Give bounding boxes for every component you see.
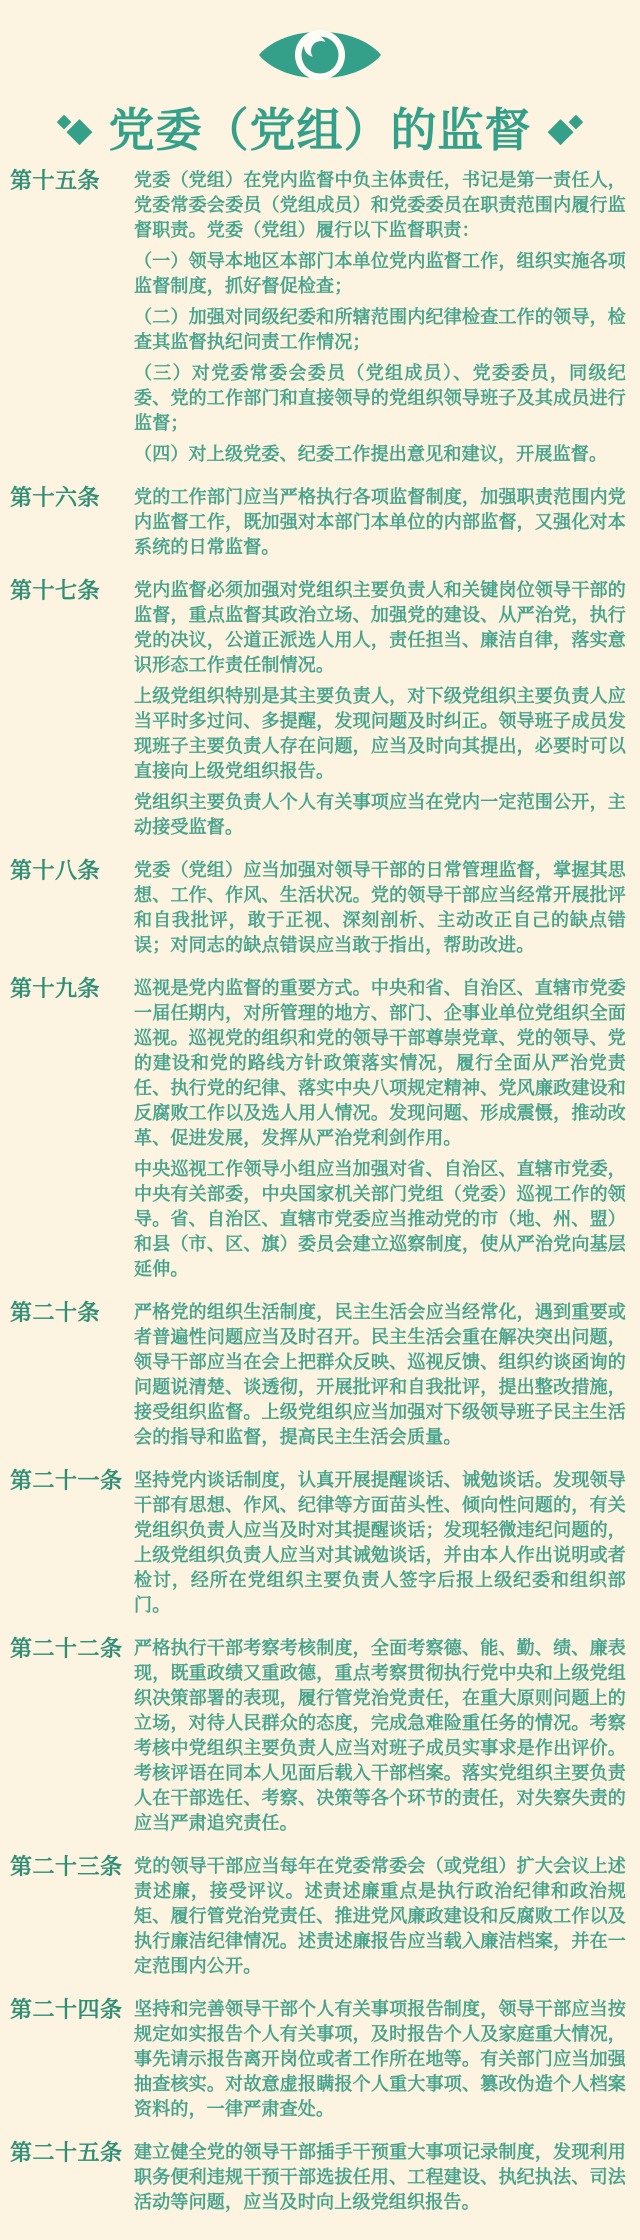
- article-body: 党内监督必须加强对党组织主要负责人和关键岗位领导干部的监督，重点监督其政治立场、…: [134, 578, 626, 840]
- article-label: 第十五条: [10, 168, 134, 193]
- articles-list: 第十五条 党委（党组）在党内监督中负主体责任，书记是第一责任人，党委常委会委员（…: [0, 168, 640, 2240]
- article-paragraph: 党的领导干部应当每年在党委常委会（或党组）扩大会议上述责述廉，接受评议。述责述廉…: [134, 1854, 626, 1979]
- article-label: 第二十二条: [10, 1636, 134, 1661]
- article-item: 第二十条 严格党的组织生活制度，民主生活会应当经常化，遇到重要或者普遍性问题应当…: [10, 1300, 626, 1450]
- article-body: 严格执行干部考察考核制度，全面考察德、能、勤、绩、廉表现，既重政绩又重政德，重点…: [134, 1636, 626, 1836]
- article-item: 第十五条 党委（党组）在党内监督中负主体责任，书记是第一责任人，党委常委会委员（…: [10, 168, 626, 467]
- article-paragraph: 党委（党组）应当加强对领导干部的日常管理监督，掌握其思想、工作、作风、生活状况。…: [134, 858, 626, 958]
- article-paragraph: 建立健全党的领导干部插手干预重大事项记录制度，发现利用职务便利违规干预干部选拔任…: [134, 2140, 626, 2215]
- article-label: 第二十一条: [10, 1468, 134, 1493]
- article-body: 严格党的组织生活制度，民主生活会应当经常化，遇到重要或者普遍性问题应当及时召开。…: [134, 1300, 626, 1450]
- article-paragraph: （四）对上级党委、纪委工作提出意见和建议，开展监督。: [134, 442, 626, 467]
- article-paragraph: 严格执行干部考察考核制度，全面考察德、能、勤、绩、廉表现，既重政绩又重政德，重点…: [134, 1636, 626, 1836]
- diamond-decor-left-icon: ◆◆: [57, 113, 93, 147]
- article-label: 第二十条: [10, 1300, 134, 1325]
- article-label: 第二十四条: [10, 1997, 134, 2022]
- article-item: 第十七条 党内监督必须加强对党组织主要负责人和关键岗位领导干部的监督，重点监督其…: [10, 578, 626, 840]
- article-item: 第十六条 党的工作部门应当严格执行各项监督制度，加强职责范围内党内监督工作，既加…: [10, 485, 626, 560]
- article-item: 第二十四条 坚持和完善领导干部个人有关事项报告制度，领导干部应当按规定如实报告个…: [10, 1997, 626, 2122]
- article-label: 第十七条: [10, 578, 134, 603]
- page-title: 党委（党组）的监督: [109, 107, 532, 153]
- eye-icon: [0, 20, 640, 90]
- article-label: 第十八条: [10, 858, 134, 883]
- article-paragraph: （三）对党委常委会委员（党组成员）、党委委员，同级纪委、党的工作部门和直接领导的…: [134, 361, 626, 436]
- article-body: 建立健全党的领导干部插手干预重大事项记录制度，发现利用职务便利违规干预干部选拔任…: [134, 2140, 626, 2215]
- article-paragraph: 党组织主要负责人个人有关事项应当在党内一定范围公开，主动接受监督。: [134, 790, 626, 840]
- article-paragraph: 党的工作部门应当严格执行各项监督制度，加强职责范围内党内监督工作，既加强对本部门…: [134, 485, 626, 560]
- article-label: 第十九条: [10, 976, 134, 1001]
- article-item: 第十九条 巡视是党内监督的重要方式。中央和省、自治区、直辖市党委一届任期内，对所…: [10, 976, 626, 1282]
- article-paragraph: 上级党组织特别是其主要负责人，对下级党组织主要负责人应当平时多过问、多提醒，发现…: [134, 684, 626, 784]
- article-paragraph: （一）领导本地区本部门本单位党内监督工作，组织实施各项监督制度，抓好督促检查；: [134, 249, 626, 299]
- article-paragraph: （二）加强对同级纪委和所辖范围内纪律检查工作的领导，检查其监督执纪问责工作情况；: [134, 305, 626, 355]
- article-item: 第二十三条 党的领导干部应当每年在党委常委会（或党组）扩大会议上述责述廉，接受评…: [10, 1854, 626, 1979]
- article-item: 第十八条 党委（党组）应当加强对领导干部的日常管理监督，掌握其思想、工作、作风、…: [10, 858, 626, 958]
- article-body: 党的领导干部应当每年在党委常委会（或党组）扩大会议上述责述廉，接受评议。述责述廉…: [134, 1854, 626, 1979]
- article-item: 第二十二条 严格执行干部考察考核制度，全面考察德、能、勤、绩、廉表现，既重政绩又…: [10, 1636, 626, 1836]
- diamond-decor-right-icon: ◆◆: [548, 113, 584, 147]
- article-body: 巡视是党内监督的重要方式。中央和省、自治区、直辖市党委一届任期内，对所管理的地方…: [134, 976, 626, 1282]
- article-paragraph: 坚持和完善领导干部个人有关事项报告制度，领导干部应当按规定如实报告个人有关事项，…: [134, 1997, 626, 2122]
- article-body: 坚持党内谈话制度，认真开展提醒谈话、诫勉谈话。发现领导干部有思想、作风、纪律等方…: [134, 1468, 626, 1618]
- article-paragraph: 坚持党内谈话制度，认真开展提醒谈话、诫勉谈话。发现领导干部有思想、作风、纪律等方…: [134, 1468, 626, 1618]
- article-body: 党委（党组）在党内监督中负主体责任，书记是第一责任人，党委常委会委员（党组成员）…: [134, 168, 626, 467]
- article-paragraph: 严格党的组织生活制度，民主生活会应当经常化，遇到重要或者普遍性问题应当及时召开。…: [134, 1300, 626, 1450]
- article-paragraph: 巡视是党内监督的重要方式。中央和省、自治区、直辖市党委一届任期内，对所管理的地方…: [134, 976, 626, 1151]
- title-row: ◆◆ 党委（党组）的监督 ◆◆: [0, 104, 640, 156]
- article-item: 第二十五条 建立健全党的领导干部插手干预重大事项记录制度，发现利用职务便利违规干…: [10, 2140, 626, 2215]
- article-paragraph: 党内监督必须加强对党组织主要负责人和关键岗位领导干部的监督，重点监督其政治立场、…: [134, 578, 626, 678]
- article-paragraph: 中央巡视工作领导小组应当加强对省、自治区、直辖市党委，中央有关部委，中央国家机关…: [134, 1157, 626, 1282]
- header: ◆◆ 党委（党组）的监督 ◆◆: [0, 0, 640, 156]
- article-body: 党的工作部门应当严格执行各项监督制度，加强职责范围内党内监督工作，既加强对本部门…: [134, 485, 626, 560]
- article-item: 第二十一条 坚持党内谈话制度，认真开展提醒谈话、诫勉谈话。发现领导干部有思想、作…: [10, 1468, 626, 1618]
- article-label: 第二十五条: [10, 2140, 134, 2165]
- article-body: 坚持和完善领导干部个人有关事项报告制度，领导干部应当按规定如实报告个人有关事项，…: [134, 1997, 626, 2122]
- article-paragraph: 党委（党组）在党内监督中负主体责任，书记是第一责任人，党委常委会委员（党组成员）…: [134, 168, 626, 243]
- article-label: 第十六条: [10, 485, 134, 510]
- article-label: 第二十三条: [10, 1854, 134, 1879]
- page: ◆◆ 党委（党组）的监督 ◆◆ 第十五条 党委（党组）在党内监督中负主体责任，书…: [0, 0, 640, 2240]
- article-body: 党委（党组）应当加强对领导干部的日常管理监督，掌握其思想、工作、作风、生活状况。…: [134, 858, 626, 958]
